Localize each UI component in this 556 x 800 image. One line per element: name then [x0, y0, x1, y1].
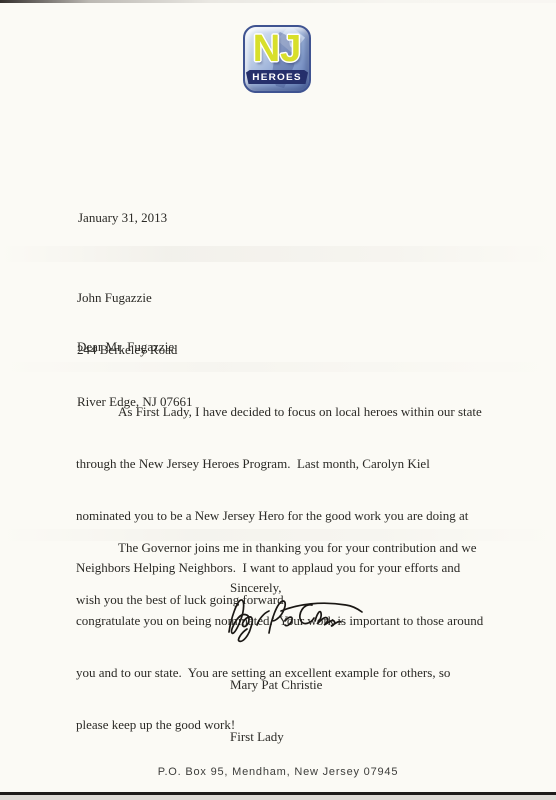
paragraph-line: As First Lady, I have decided to focus o… — [76, 403, 483, 420]
scan-edge-top — [0, 0, 556, 3]
signer-name: Mary Pat Christie — [230, 676, 322, 693]
nj-heroes-logo: NJ HEROES — [243, 25, 311, 93]
paragraph-line: through the New Jersey Heroes Program. L… — [76, 455, 483, 472]
recipient-name: John Fugazzie — [77, 289, 193, 306]
signature-block: Mary Pat Christie First Lady — [230, 641, 322, 780]
letter-date: January 31, 2013 — [78, 209, 167, 226]
heroes-banner: HEROES — [246, 70, 308, 84]
salutation: Dear Mr. Fugazzie: — [77, 338, 178, 355]
logo-nj-text: NJ — [245, 25, 309, 73]
paragraph-line: The Governor joins me in thanking you fo… — [76, 539, 477, 556]
scanned-letter-page: NJ HEROES January 31, 2013 John Fugazzie… — [0, 0, 556, 800]
heroes-banner-label: HEROES — [252, 72, 301, 82]
scan-edge-below — [0, 795, 556, 800]
signature-strokes — [224, 590, 374, 644]
letterhead-footer: P.O. Box 95, Mendham, New Jersey 07945 — [82, 765, 474, 779]
signer-title: First Lady — [230, 728, 322, 745]
